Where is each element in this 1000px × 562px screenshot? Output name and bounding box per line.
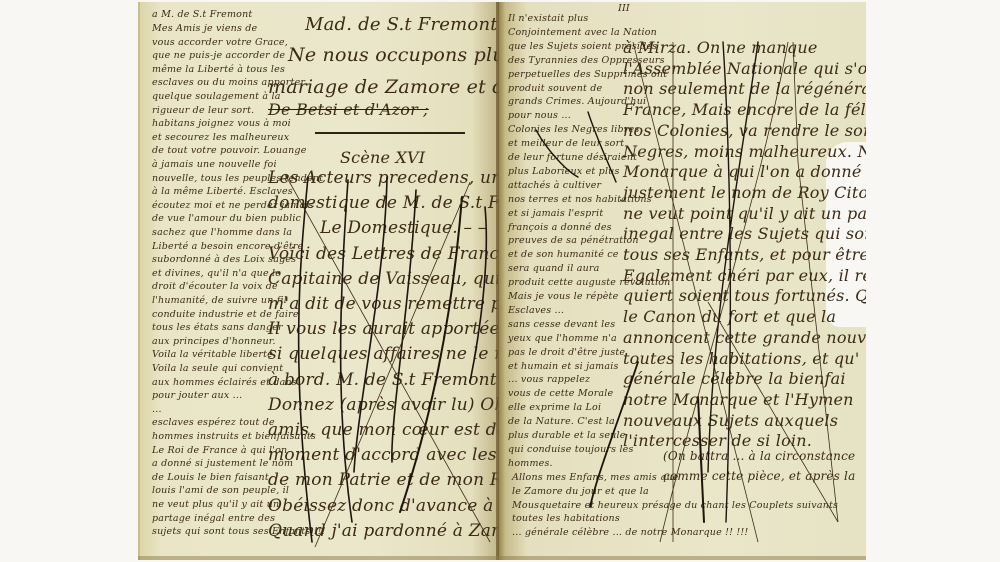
margin-note-line: qui conduise toujours les	[508, 445, 634, 455]
margin-note-line: à jamais une nouvelle foi	[152, 160, 277, 170]
margin-note-line: pour jouter aux ...	[152, 391, 242, 401]
margin-note-line: esclaves espérez tout de	[152, 418, 275, 428]
margin-note-line: que ne puis-je accorder de	[152, 51, 285, 61]
main-line: l'intercesser de si loin.	[623, 433, 812, 449]
margin-note-line: sans cesse devant les	[508, 320, 615, 330]
scene-line: Obéissez donc d'avance à leurs ordres	[268, 498, 500, 515]
margin-note-line: même la Liberté à tous les	[152, 65, 285, 75]
scene-line: de mon Patrie et de mon Roi.	[268, 472, 500, 489]
scene-line: Quand j'ai pardonné à Zamore et	[268, 523, 500, 540]
margin-note-line: pour nous ...	[508, 111, 571, 121]
margin-note-line: de tout votre pouvoir. Louange	[152, 146, 307, 156]
scene-line: Donnez (après avoir lu) Oh ! mes	[268, 397, 500, 414]
margin-note-line: hommes.	[508, 459, 553, 469]
main-line: toutes les habitations, et qu'	[623, 351, 859, 367]
margin-note-line: ...	[152, 405, 162, 415]
scene-line: moment d'accord avec les sentiments	[268, 447, 500, 464]
margin-note-line: et humain et si jamais	[508, 362, 619, 372]
margin-note-line: Voila la véritable liberté.	[152, 350, 276, 360]
main-line: inegal entre les Sujets qui sont	[623, 226, 866, 242]
margin-note-line: quelque soulagement à la	[152, 92, 281, 102]
margin-note-line: de vue l'amour du bien public	[152, 214, 301, 224]
main-line: mariage de Zamore et de Mirza.	[268, 78, 500, 97]
scene-line: m'a dit de vous remettre promptement.	[268, 296, 500, 313]
margin-note-line: vous accorder votre Grace,	[152, 38, 288, 48]
margin-note-line: l'humanité, de suivre un fil	[152, 296, 287, 306]
main-line: comme cette pièce, et après la	[663, 470, 855, 482]
main-line: générale célèbre la bienfai	[623, 371, 846, 387]
margin-note-line: partage inégal entre des	[152, 514, 275, 524]
margin-note-line: rigueur de leur sort.	[152, 106, 254, 116]
margin-note-line: Conjointement avec la Nation	[508, 28, 657, 38]
scene-title: Scène XVI	[340, 148, 425, 167]
page-mark: III	[618, 4, 630, 14]
main-line: notre Monarque et l'Hymen	[623, 392, 854, 408]
margin-note-line: de la Nature. C'est la	[508, 417, 615, 427]
margin-note-line: Il n'existait plus	[508, 14, 589, 24]
struck-line: De Betsi et d'Azor ;	[268, 102, 429, 118]
main-line: Negres, moins malheureux. Notre	[623, 144, 866, 160]
main-line: quiert soient tous fortunés. Que	[623, 288, 866, 304]
scene-line: Le Domestique. – –	[320, 220, 487, 237]
speaker-name: Mad. de S.t Fremont	[305, 16, 498, 34]
margin-note-line: et secourez les malheureux	[152, 133, 289, 143]
margin-note-line: françois a donné des	[508, 223, 612, 233]
main-line: Monarque à qui l'on a donné si	[623, 164, 866, 180]
main-line: l'Assemblée Nationale qui s'occupe	[623, 61, 866, 77]
margin-note-line: Colonies les Negres libres	[508, 125, 639, 135]
main-line: nouveaux Sujets auxquels	[623, 413, 838, 429]
scene-line: à bord. M. de S.t Fremont.	[268, 372, 500, 389]
right-page: III Il n'existait plusConjointement avec…	[498, 2, 866, 560]
margin-note-line: de Louis le bien faisant	[152, 473, 269, 483]
margin-note-line: habitans joignez vous à moi	[152, 119, 291, 129]
main-line: (On battra ... à la circonstance	[663, 450, 855, 462]
margin-note-line: et de son humanité ce	[508, 250, 619, 260]
margin-note-line: elle exprime la Loi	[508, 403, 601, 413]
main-line: France, Mais encore de la félicité de	[623, 102, 866, 118]
book-gutter	[496, 2, 499, 560]
margin-note-line: toutes les habitations	[512, 514, 620, 524]
main-line: Ne nous occupons plus que du	[288, 46, 500, 65]
scene-line: Les Acteurs precedens, un	[268, 170, 500, 187]
scene-line: domestique de M. de S.t Fremont.	[268, 195, 500, 212]
margin-note-line: Voila la seule qui convient	[152, 364, 283, 374]
left-page: a M. de S.t Fremont Mes Amis je viens de…	[138, 2, 500, 560]
main-line: annoncent cette grande nouvelle	[623, 330, 866, 346]
margin-note-line: ... générale célèbre ... de notre Monarq…	[512, 528, 748, 538]
margin-note-line: Allons mes Enfans, mes amis que	[512, 473, 679, 483]
margin-header: a M. de S.t Fremont	[152, 10, 252, 20]
margin-note-line: et si jamais l'esprit	[508, 209, 603, 219]
margin-note-line: sachez que l'homme dans la	[152, 228, 292, 238]
margin-note-line: attachés à cultiver	[508, 181, 601, 191]
main-line: Egalement chéri par eux, il re	[623, 268, 866, 284]
margin-note-line: sera quand il aura	[508, 264, 600, 274]
main-line: non seulement de la régénération de	[623, 81, 866, 97]
margin-note-line: Mousquetaire et heureux présage du chant…	[512, 501, 838, 511]
margin-note-line: Mes Amis je viens de	[152, 24, 257, 34]
margin-note-line: Mais je vous le répète	[508, 292, 618, 302]
margin-note-line: tous les états sans danger	[152, 323, 283, 333]
margin-note-line: aux principes d'honneur.	[152, 337, 276, 347]
scene-line: Il vous les aurait apportées lui même,	[268, 321, 500, 338]
margin-note-line: plus Laborieux et plus	[508, 167, 620, 177]
margin-note-line: ne veut plus qu'il y ait un	[152, 500, 279, 510]
margin-note-line: plus durable et la seule	[508, 431, 626, 441]
margin-note-line: yeux que l'homme n'a	[508, 334, 617, 344]
scene-line: Voici des Lettres de France qu'un	[268, 246, 500, 263]
main-line: nos Colonies, va rendre le sort des	[623, 123, 866, 139]
margin-note-line: et divines, qu'il n'a que le	[152, 269, 281, 279]
main-line: justement le nom de Roy Citoyen	[623, 185, 866, 201]
main-line: à Mirza. On ne manque	[623, 40, 818, 56]
divider-rule	[315, 132, 465, 134]
margin-note-line: produit souvent de	[508, 84, 602, 94]
margin-note-line: vous de cette Morale	[508, 389, 613, 399]
margin-note-line: et meilleur de leur sort	[508, 139, 624, 149]
margin-note-line: pas le droit d'être juste	[508, 348, 625, 358]
margin-note-line: de leur fortune désiraient	[508, 153, 637, 163]
scene-line: Capitaine de Vaisseau, qui vient d'arriv…	[268, 271, 500, 288]
manuscript-spread: a M. de S.t Fremont Mes Amis je viens de…	[138, 2, 866, 560]
page-bottom-edge	[138, 556, 866, 560]
main-line: tous ses Enfants, et pour être	[623, 247, 866, 263]
margin-note-line: Esclaves ...	[508, 306, 564, 316]
margin-note-line: droit d'écouter la voix de	[152, 282, 278, 292]
margin-note-line: ... vous rappelez	[508, 375, 590, 385]
main-line: ne veut point qu'il y ait un partage	[623, 206, 866, 222]
margin-note-line: preuves de sa pénétration	[508, 236, 639, 246]
scene-line: si quelques affaires ne le retenaient	[268, 346, 500, 363]
main-line: le Canon du fort et que la	[623, 309, 836, 325]
margin-note-line: le Zamore du jour et que la	[512, 487, 649, 497]
scene-line: amis, que mon cœur est doux dans ce	[268, 422, 500, 439]
